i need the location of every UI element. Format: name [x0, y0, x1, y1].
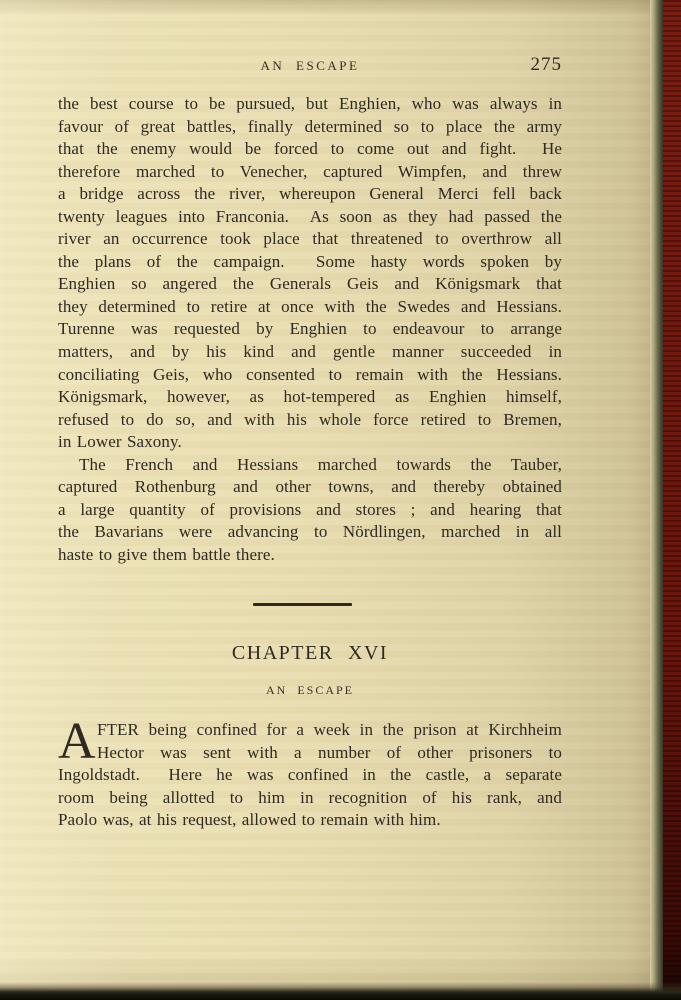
- text-line: therefore marched to Venecher, captured …: [58, 161, 562, 184]
- text-line: Ingoldstadt. Here he was confined in the…: [58, 764, 562, 787]
- text-line: Paolo was, at his request, allowed to re…: [58, 809, 562, 832]
- book-page-scan: AN ESCAPE 275 the best course to be purs…: [0, 0, 681, 1000]
- text-line: captured Rothenburg and other towns, and…: [58, 476, 562, 499]
- chapter-subtitle: AN ESCAPE: [58, 683, 562, 698]
- book-bottom-edge: [0, 982, 681, 1000]
- text-line: Turenne was requested by Enghien to ende…: [58, 318, 562, 341]
- body-paragraphs: the best course to be pursued, but Enghi…: [58, 93, 562, 566]
- drop-cap: A: [58, 721, 91, 763]
- text-line: the plans of the campaign. Some hasty wo…: [58, 251, 562, 274]
- text-line: the Bavarians were advancing to Nördling…: [58, 521, 562, 544]
- page-number: 275: [531, 54, 563, 76]
- running-header: AN ESCAPE: [58, 58, 562, 74]
- page: AN ESCAPE 275 the best course to be purs…: [0, 0, 656, 1000]
- text-line: river an occurrence took place that thre…: [58, 228, 562, 251]
- page-content: AN ESCAPE 275 the best course to be purs…: [58, 58, 562, 832]
- book-cover-edge: [663, 0, 681, 1000]
- text-line: in Lower Saxony.: [58, 431, 562, 454]
- text-line: favour of great battles, finally determi…: [58, 116, 562, 139]
- text-line: a large quantity of provisions and store…: [58, 499, 562, 522]
- text-line: a bridge across the river, whereupon Gen…: [58, 183, 562, 206]
- text-line: FTER being confined for a week in the pr…: [58, 719, 562, 742]
- text-line: room being allotted to him in recognitio…: [58, 787, 562, 810]
- chapter-paragraph: A FTER being confined for a week in the …: [58, 719, 562, 832]
- text-line: refused to do so, and with his whole for…: [58, 409, 562, 432]
- text-line: that the enemy would be forced to come o…: [58, 138, 562, 161]
- chapter-heading: CHAPTER XVI: [58, 642, 562, 664]
- text-line: matters, and by his kind and gentle mann…: [58, 341, 562, 364]
- text-line: Enghien so angered the Generals Geis and…: [58, 273, 562, 296]
- text-line: they determined to retire at once with t…: [58, 296, 562, 319]
- text-line: The French and Hessians marched towards …: [58, 454, 562, 477]
- text-line: twenty leagues into Franconia. As soon a…: [58, 206, 562, 229]
- text-line: Königsmark, however, as hot-tempered as …: [58, 386, 562, 409]
- text-line: the best course to be pursued, but Enghi…: [58, 93, 562, 116]
- text-line: haste to give them battle there.: [58, 544, 562, 567]
- text-line: conciliating Geis, who consented to rema…: [58, 364, 562, 387]
- text-line: Hector was sent with a number of other p…: [58, 742, 562, 765]
- page-block-edge: [650, 0, 664, 1000]
- page-header: AN ESCAPE 275: [58, 58, 562, 80]
- section-divider: [253, 603, 352, 606]
